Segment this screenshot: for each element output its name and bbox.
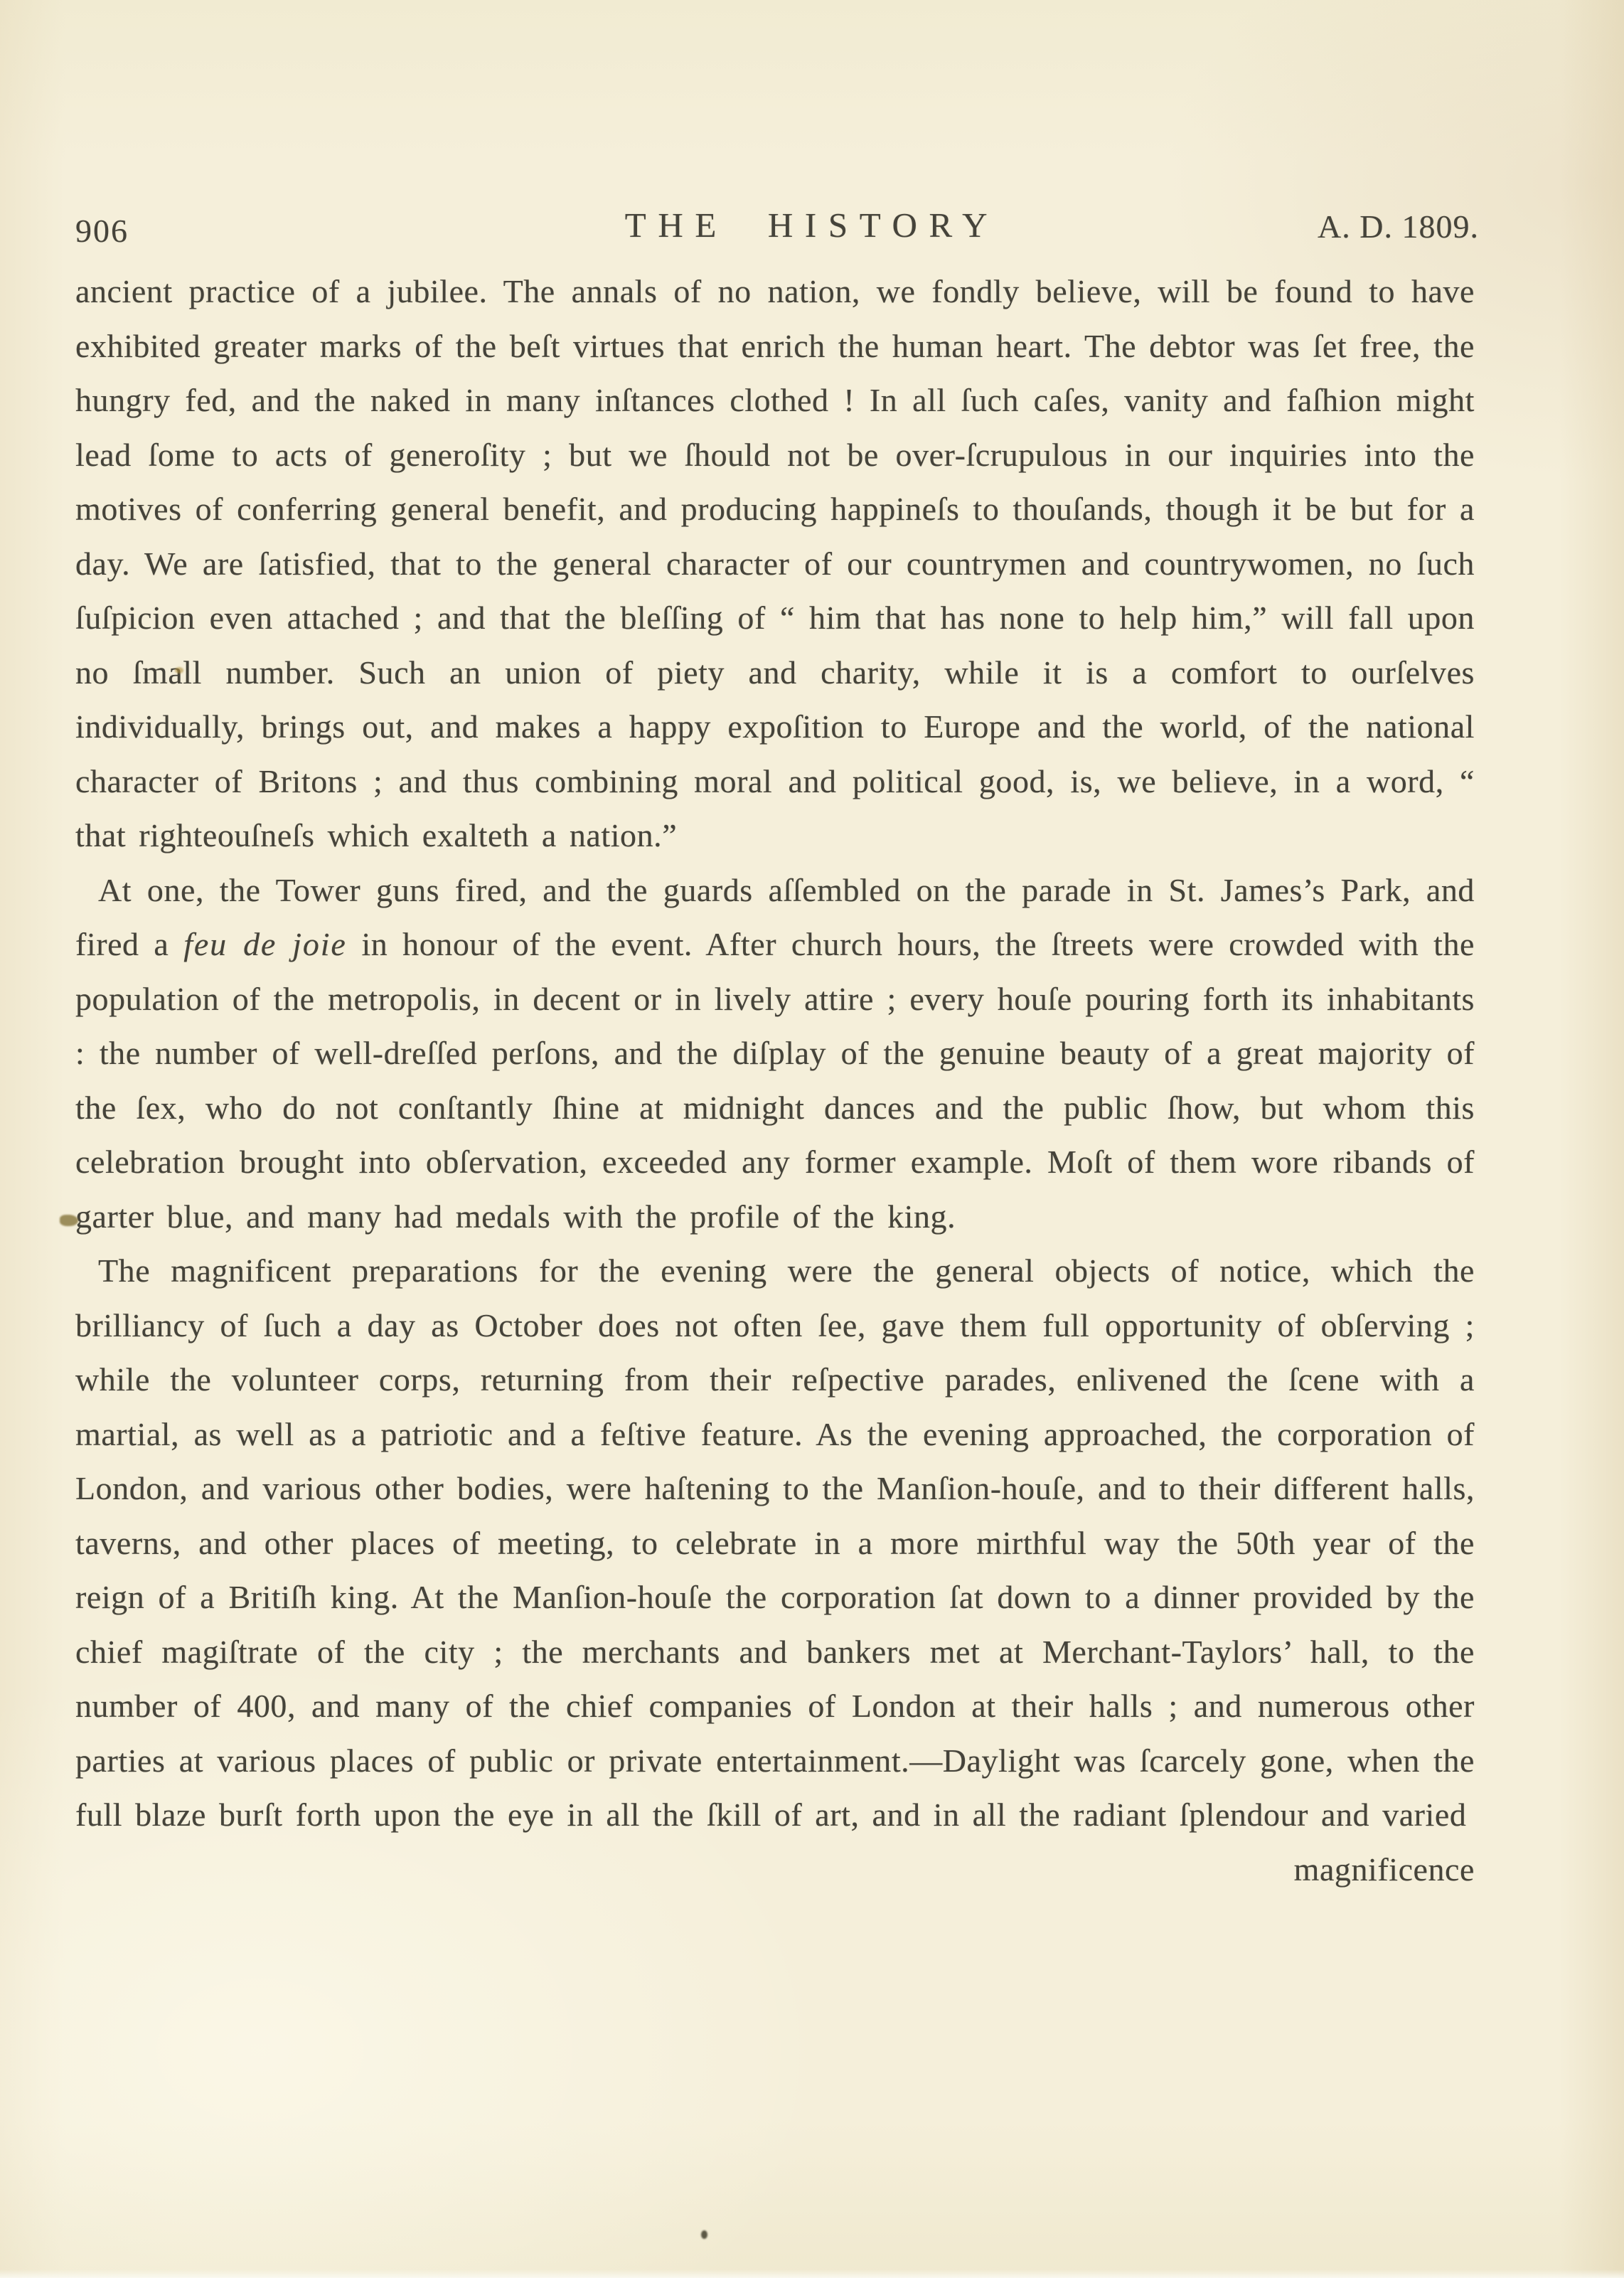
paragraph-1: ancient practice of a jubilee. The annal…: [75, 265, 1475, 863]
catchword: magnificence: [75, 1843, 1475, 1898]
paper-stain: [175, 667, 183, 674]
ink-speck: [60, 1215, 78, 1226]
book-page: 906 THE HISTORY A. D. 1809. ancient prac…: [0, 0, 1624, 2278]
italic-phrase: feu de joie: [183, 926, 346, 962]
text-segment: ancient practice of a jubilee. The annal…: [75, 273, 1475, 853]
body-text: ancient practice of a jubilee. The annal…: [75, 265, 1475, 1897]
scan-edge: [0, 2269, 1624, 2278]
running-date: A. D. 1809.: [1318, 208, 1479, 245]
text-segment: in honour of the event. After church hou…: [75, 926, 1475, 1235]
running-head: 906 THE HISTORY A. D. 1809.: [0, 205, 1624, 255]
paragraph-2: At one, the Tower guns fired, and the gu…: [75, 863, 1475, 1245]
paragraph-3: The magnificent preparations for the eve…: [75, 1244, 1475, 1843]
text-segment: The magnificent preparations for the eve…: [75, 1252, 1475, 1833]
ink-speck: [701, 2230, 707, 2239]
